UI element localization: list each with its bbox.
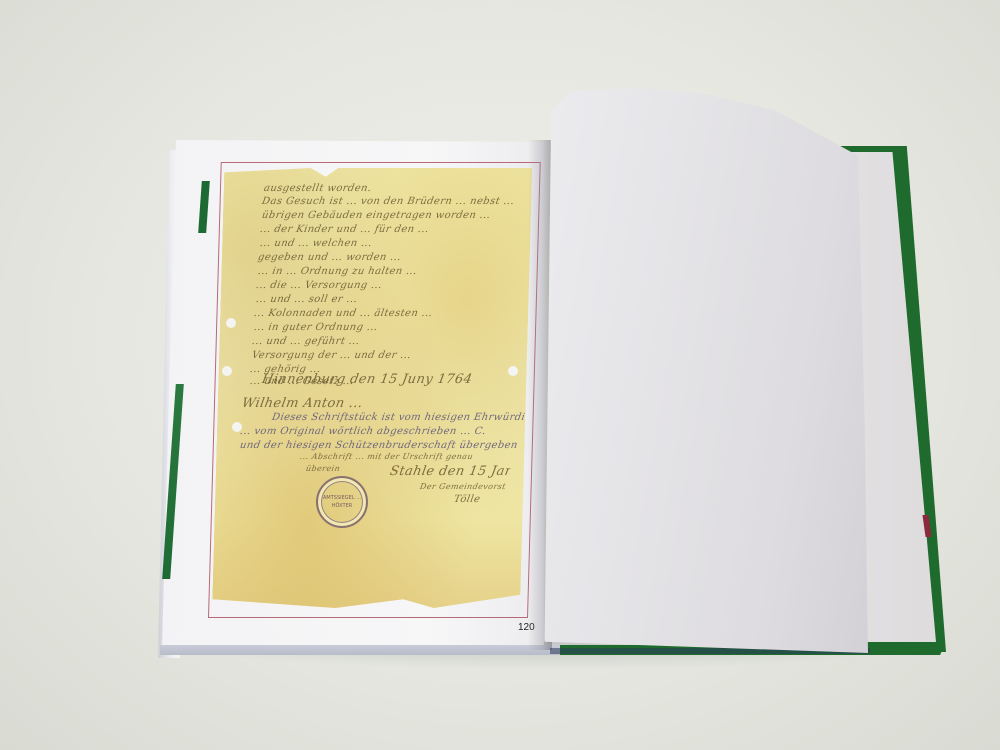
annotation-line: ... vom Original wörtlich abgeschrieben … xyxy=(239,426,491,437)
handwritten-line: ... die ... Versorgung ... xyxy=(255,280,525,291)
signature: Wilhelm Anton ... xyxy=(241,396,394,411)
official-seal-stamp: AMTSSIEGEL ... HÖXTER xyxy=(316,476,368,528)
punch-hole xyxy=(226,318,236,328)
handwritten-line: Das Gesuch ist ... von den Brüdern ... n… xyxy=(261,196,525,207)
handwritten-line: ... der Kinder und ... für den ... xyxy=(259,224,525,235)
photo-scene: ausgestellt worden. Das Gesuch ist ... v… xyxy=(0,0,1000,750)
handwritten-line: ... und ... welchen ... xyxy=(259,238,501,249)
stamp-text: AMTSSIEGEL ... HÖXTER xyxy=(318,494,366,510)
closing-place-date: Stahle den 15 Januar 1933 xyxy=(389,464,512,479)
handwritten-line: ... in ... Ordnung zu halten ... xyxy=(257,266,525,277)
right-blank-page xyxy=(538,88,868,653)
handwritten-line: übrigen Gebäuden eingetragen worden ... xyxy=(261,210,525,221)
place-date-line: Hinnenburg den 15 Juny 1764 xyxy=(261,372,504,387)
handwritten-line: ... in guter Ordnung ... xyxy=(253,322,525,333)
handwritten-line: ausgestellt worden. xyxy=(263,183,375,194)
handwritten-line: Versorgung der ... und der ... xyxy=(251,350,525,361)
punch-hole xyxy=(222,366,232,376)
annotation-line: und der hiesigen Schützenbruderschaft üb… xyxy=(239,440,521,451)
annotation-line: überein xyxy=(305,464,347,473)
page-block-bottom-edge xyxy=(160,645,560,655)
handwritten-line: ... und ... soll er ... xyxy=(255,294,525,305)
handwritten-line: gegeben und ... worden ... xyxy=(257,252,525,263)
closing-title: Der Gemeindevorsteher xyxy=(419,482,507,491)
handwritten-line: ... Kolonnaden und ... ältesten ... xyxy=(253,308,525,319)
handwritten-line: ... und ... geführt ... xyxy=(251,336,525,347)
closing-name: Tölle xyxy=(453,494,495,505)
punch-hole xyxy=(508,366,518,376)
annotation-line: Dieses Schriftstück ist vom hiesigen Ehr… xyxy=(271,412,525,423)
annotation-line: ... Abschrift ... mit der Urschrift gena… xyxy=(299,452,517,461)
